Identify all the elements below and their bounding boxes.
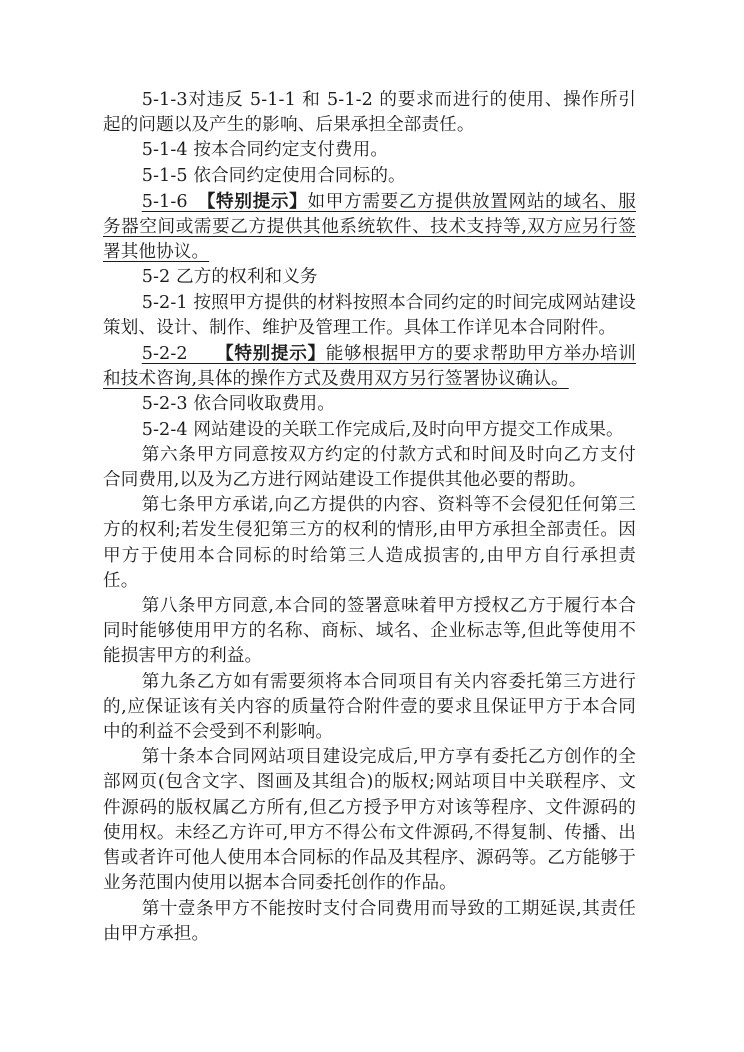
clause-text: 第八条甲方同意,本合同的签署意味着甲方授权乙方于履行本合同时能够使用甲方的名称、… [103,596,636,666]
contract-body: 5-1-3对违反 5-1-1 和 5-1-2 的要求而进行的使用、操作所引起的问… [103,88,636,947]
contract-page: 5-1-3对违反 5-1-1 和 5-1-2 的要求而进行的使用、操作所引起的问… [0,0,744,1052]
paragraph-clause-5-1-6: 5-1-6 【特别提示】如甲方需要乙方提供放置网站的域名、服务器空间或需要乙方提… [103,189,636,266]
clause-text: 第十条本合同网站项目建设完成后,甲方享有委托乙方创作的全部网页(包含文字、图画及… [103,747,636,893]
clause-text: 5-2-2 [142,344,225,364]
special-notice-label: 【特别提示】 [207,191,308,212]
clause-text: 5-2-4 网站建设的关联工作完成后,及时向甲方提交工作成果。 [142,420,624,440]
clause-text: 5-1-3对违反 5-1-1 和 5-1-2 的要求而进行的使用、操作所引起的问… [103,90,636,135]
paragraph-clause-7: 第七条甲方承诺,向乙方提供的内容、资料等不会侵犯任何第三方的权利;若发生侵犯第三… [103,493,636,594]
clause-text: 5-1-6 [142,192,207,212]
clause-text: 5-2-3 依合同收取费用。 [142,394,335,414]
paragraph-clause-11: 第十壹条甲方不能按时支付合同费用而导致的工期延误,其责任由甲方承担。 [103,897,636,947]
clause-text: 第六条甲方同意按双方约定的付款方式和时间及时向乙方支付合同费用,以及为乙方进行网… [103,445,636,490]
clause-text: 第七条甲方承诺,向乙方提供的内容、资料等不会侵犯任何第三方的权利;若发生侵犯第三… [103,495,636,591]
paragraph-clause-10: 第十条本合同网站项目建设完成后,甲方享有委托乙方创作的全部网页(包含文字、图画及… [103,745,636,896]
paragraph-clause-5-2-3: 5-2-3 依合同收取费用。 [103,392,636,417]
clause-text: 5-2 乙方的权利和义务 [142,267,318,287]
paragraph-clause-5-2-4: 5-2-4 网站建设的关联工作完成后,及时向甲方提交工作成果。 [103,418,636,443]
paragraph-clause-5-1-3: 5-1-3对违反 5-1-1 和 5-1-2 的要求而进行的使用、操作所引起的问… [103,88,636,138]
paragraph-clause-5-2-2: 5-2-2 【特别提示】能够根据甲方的要求帮助甲方举办培训和技术咨询,具体的操作… [103,341,636,392]
paragraph-clause-5-2: 5-2 乙方的权利和义务 [103,265,636,290]
clause-text: 5-1-5 依合同约定使用合同标的。 [142,166,406,186]
paragraph-clause-5-1-4: 5-1-4 按本合同约定支付费用。 [103,138,636,163]
paragraph-clause-9: 第九条乙方如有需要须将本合同项目有关内容委托第三方进行的,应保证该有关内容的质量… [103,670,636,746]
paragraph-clause-8: 第八条甲方同意,本合同的签署意味着甲方授权乙方于履行本合同时能够使用甲方的名称、… [103,594,636,670]
clause-text: 5-2-1 按照甲方提供的材料按照本合同约定的时间完成网站建设策划、设计、制作、… [103,293,636,338]
paragraph-clause-5-2-1: 5-2-1 按照甲方提供的材料按照本合同约定的时间完成网站建设策划、设计、制作、… [103,291,636,341]
paragraph-clause-6: 第六条甲方同意按双方约定的付款方式和时间及时向乙方支付合同费用,以及为乙方进行网… [103,443,636,493]
special-notice-label: 【特别提示】 [225,343,326,364]
clause-text: 第九条乙方如有需要须将本合同项目有关内容委托第三方进行的,应保证该有关内容的质量… [103,672,636,742]
clause-text: 第十壹条甲方不能按时支付合同费用而导致的工期延误,其责任由甲方承担。 [103,899,636,944]
paragraph-clause-5-1-5: 5-1-5 依合同约定使用合同标的。 [103,164,636,189]
clause-text: 5-1-4 按本合同约定支付费用。 [142,140,388,160]
